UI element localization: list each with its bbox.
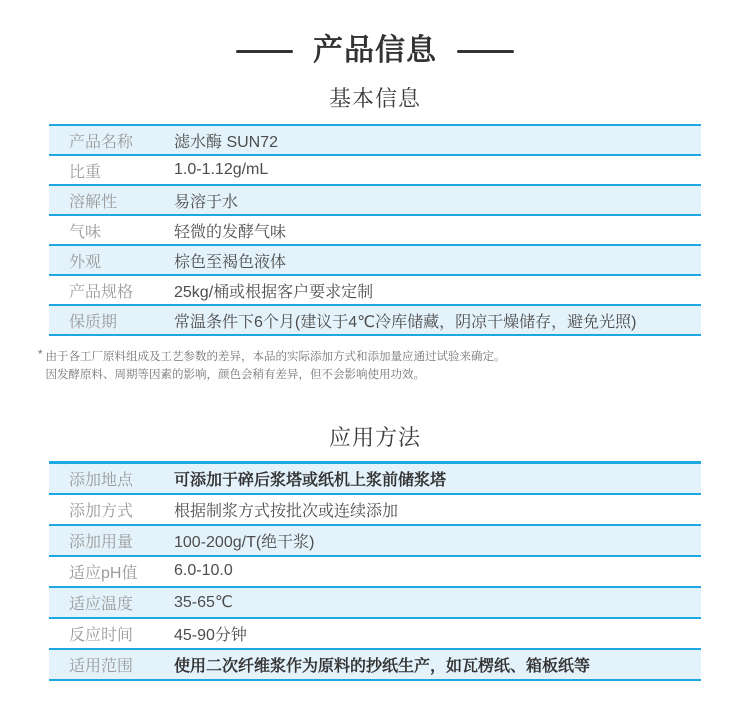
table-row: 适应温度 35-65℃ xyxy=(49,588,701,619)
table-row: 保质期 常温条件下6个月(建议于4℃冷库储藏，阴凉干燥储存，避免光照) xyxy=(49,306,701,336)
footnote: * 由于各工厂原料组成及工艺参数的差异，本品的实际添加方式和添加量应通过试验来确… xyxy=(38,349,728,385)
title-dash-right xyxy=(457,50,514,53)
row-value: 6.0-10.0 xyxy=(174,562,233,580)
row-label: 比重 xyxy=(69,159,174,182)
row-value: 棕色至褐色液体 xyxy=(174,249,286,272)
table-row: 产品名称 滤水酶 SUN72 xyxy=(49,126,701,156)
product-info-page: 产品信息 基本信息 产品名称 滤水酶 SUN72 比重 1.0-1.12g/mL… xyxy=(0,0,750,681)
row-value: 25kg/桶或根据客户要求定制 xyxy=(174,279,373,302)
row-value: 35-65℃ xyxy=(174,592,233,612)
row-label: 添加用量 xyxy=(69,529,174,552)
row-value: 根据制浆方式按批次或连续添加 xyxy=(174,498,398,521)
title-dash-left xyxy=(236,50,293,53)
row-label: 气味 xyxy=(69,219,174,242)
row-value: 常温条件下6个月(建议于4℃冷库储藏，阴凉干燥储存，避免光照) xyxy=(174,309,636,332)
row-value: 使用二次纤维浆作为原料的抄纸生产，如瓦楞纸、箱板纸等 xyxy=(174,653,590,676)
footnote-line-2: 因发酵原料、周期等因素的影响，颜色会稍有差异，但不会影响使用功效。 xyxy=(45,367,505,385)
basic-info-table: 产品名称 滤水酶 SUN72 比重 1.0-1.12g/mL 溶解性 易溶于水 … xyxy=(49,124,701,336)
table-row: 外观 棕色至褐色液体 xyxy=(49,246,701,276)
application-section-heading: 应用方法 xyxy=(0,421,750,452)
row-label: 适应pH值 xyxy=(69,560,174,583)
table-row: 产品规格 25kg/桶或根据客户要求定制 xyxy=(49,276,701,306)
table-row: 适用范围 使用二次纤维浆作为原料的抄纸生产，如瓦楞纸、箱板纸等 xyxy=(49,650,701,681)
row-label: 添加方式 xyxy=(69,498,174,521)
row-label: 反应时间 xyxy=(69,622,174,645)
table-row: 溶解性 易溶于水 xyxy=(49,186,701,216)
table-row: 添加用量 100-200g/T(绝干浆) xyxy=(49,526,701,557)
row-value: 100-200g/T(绝干浆) xyxy=(174,529,315,552)
table-row: 比重 1.0-1.12g/mL xyxy=(49,156,701,186)
table-row: 适应pH值 6.0-10.0 xyxy=(49,557,701,588)
page-title-row: 产品信息 xyxy=(0,33,750,69)
row-value: 易溶于水 xyxy=(174,189,238,212)
page-title: 产品信息 xyxy=(313,33,437,69)
row-value: 45-90分钟 xyxy=(174,622,247,645)
row-label: 适应温度 xyxy=(69,591,174,614)
footnote-line-1: 由于各工厂原料组成及工艺参数的差异，本品的实际添加方式和添加量应通过试验来确定。 xyxy=(45,349,505,367)
table-row: 添加地点 可添加于碎后浆塔或纸机上浆前储浆塔 xyxy=(49,464,701,495)
row-value: 轻微的发酵气味 xyxy=(174,219,286,242)
row-label: 保质期 xyxy=(69,309,174,332)
table-row: 反应时间 45-90分钟 xyxy=(49,619,701,650)
footnote-marker: * xyxy=(38,347,42,383)
table-row: 气味 轻微的发酵气味 xyxy=(49,216,701,246)
table-row: 添加方式 根据制浆方式按批次或连续添加 xyxy=(49,495,701,526)
footnote-lines: 由于各工厂原料组成及工艺参数的差异，本品的实际添加方式和添加量应通过试验来确定。… xyxy=(45,349,505,385)
row-label: 适用范围 xyxy=(69,653,174,676)
application-table: 添加地点 可添加于碎后浆塔或纸机上浆前储浆塔 添加方式 根据制浆方式按批次或连续… xyxy=(49,461,701,681)
row-value: 可添加于碎后浆塔或纸机上浆前储浆塔 xyxy=(174,467,446,490)
row-value: 滤水酶 SUN72 xyxy=(174,129,278,152)
row-value: 1.0-1.12g/mL xyxy=(174,161,268,179)
row-label: 产品名称 xyxy=(69,129,174,152)
row-label: 溶解性 xyxy=(69,189,174,212)
basic-section-heading: 基本信息 xyxy=(0,82,750,113)
row-label: 添加地点 xyxy=(69,467,174,490)
row-label: 产品规格 xyxy=(69,279,174,302)
row-label: 外观 xyxy=(69,249,174,272)
